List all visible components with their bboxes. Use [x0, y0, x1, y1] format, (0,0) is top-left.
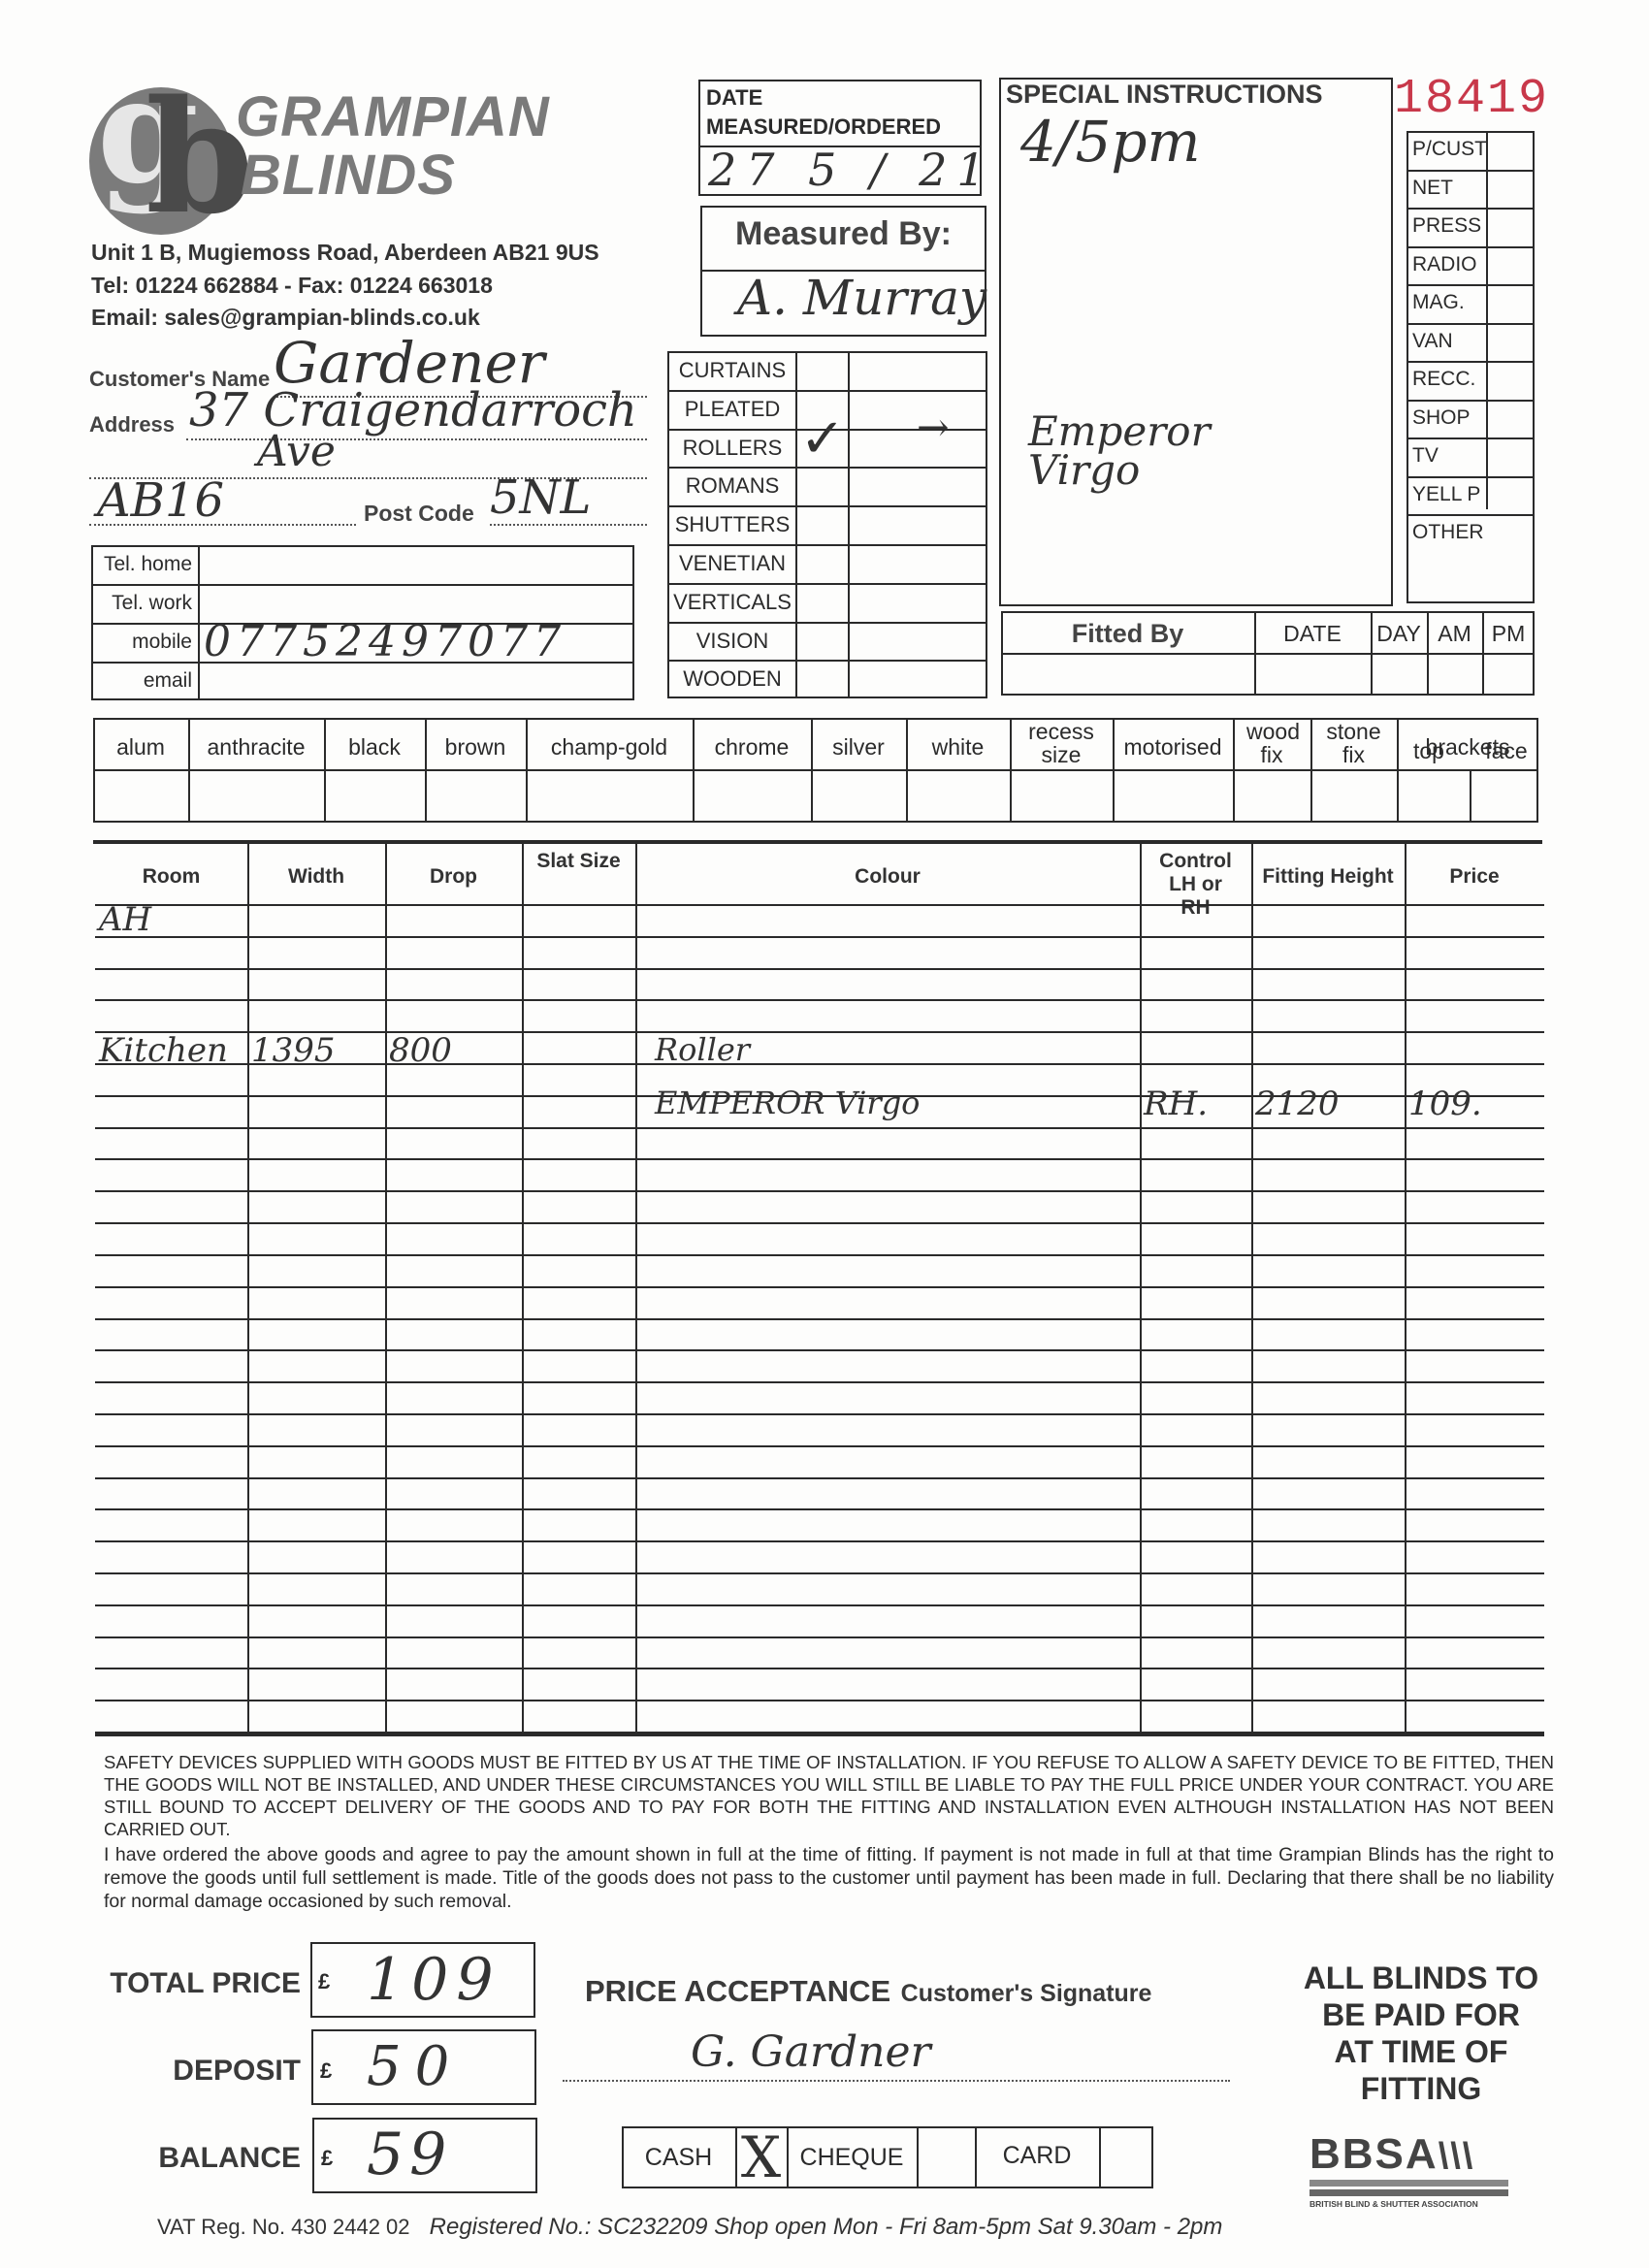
option-checkbox[interactable] — [908, 772, 1008, 821]
source-item-checkbox[interactable] — [1489, 172, 1533, 207]
row-divider — [95, 1286, 1544, 1288]
bracket-top-checkbox[interactable] — [1399, 772, 1469, 821]
date-label-1: DATE — [706, 85, 762, 111]
option-header: alum — [93, 735, 188, 759]
option-header: brown — [425, 735, 526, 759]
agreement-text: I have ordered the above goods and agree… — [104, 1843, 1554, 1913]
special-instructions-label: SPECIAL INSTRUCTIONS — [1006, 80, 1323, 110]
row-divider — [95, 1158, 1544, 1160]
contact-label: mobile — [91, 631, 192, 654]
price-acceptance: PRICE ACCEPTANCE Customer's Signature — [585, 1974, 1151, 2009]
postcode-value[interactable]: 5NL — [490, 470, 591, 525]
cash-checkbox[interactable]: X — [735, 2126, 787, 2188]
bracket-face-checkbox[interactable] — [1472, 772, 1536, 821]
table-row — [95, 906, 1544, 956]
source-item-label: SHOP — [1412, 406, 1471, 430]
fitted-am-label: AM — [1427, 621, 1482, 647]
contact-value-field[interactable]: 07752497077 — [204, 617, 566, 666]
total-price-label: TOTAL PRICE — [87, 1967, 301, 2000]
option-header: black — [324, 735, 425, 759]
notice-line-1: ALL BLINDS TO — [1266, 1960, 1576, 1996]
product-type-label: SHUTTERS — [669, 512, 795, 537]
source-item-label: YELL P — [1412, 483, 1480, 506]
source-item-label: OTHER — [1412, 521, 1484, 544]
notice-line-3: AT TIME OF — [1266, 2033, 1576, 2070]
brand-blinds: BLINDS — [241, 147, 456, 204]
source-item-checkbox[interactable] — [1489, 325, 1533, 360]
source-item-label: RADIO — [1412, 253, 1477, 276]
option-checkbox[interactable] — [1012, 772, 1111, 821]
product-divider — [667, 467, 987, 469]
customer-signature-label: Customer's Signature — [901, 1980, 1152, 2007]
cheque-label: CHEQUE — [787, 2144, 917, 2172]
total-currency: £ — [318, 1969, 330, 1994]
row-divider — [95, 1190, 1544, 1192]
row-divider — [95, 1540, 1544, 1542]
option-checkbox[interactable] — [95, 772, 186, 821]
product-type-label: VENETIAN — [669, 551, 795, 576]
vat-number: VAT Reg. No. 430 2442 02 — [157, 2215, 410, 2239]
source-item-label: MAG. — [1412, 291, 1465, 314]
source-item-checkbox[interactable] — [1489, 210, 1533, 244]
cell-drop[interactable]: 800 — [389, 1031, 518, 1070]
bbsa-stripe-1 — [1309, 2180, 1508, 2187]
bbsa-tagline: BRITISH BLIND & SHUTTER ASSOCIATION — [1309, 2199, 1533, 2209]
bracket-top-label: top — [1397, 739, 1461, 762]
option-checkbox[interactable] — [1115, 772, 1231, 821]
cell-room[interactable]: Kitchen — [99, 1031, 243, 1070]
balance-value: 59 — [367, 2121, 452, 2188]
option-header: wood fix — [1233, 720, 1310, 766]
cell-height[interactable]: 2120 — [1255, 1085, 1401, 1123]
measured-by-label: Measured By: — [700, 215, 986, 253]
product-type-label: WOODEN — [669, 666, 795, 692]
cell-control[interactable]: RH. — [1144, 1085, 1247, 1123]
product-type-label: PLEATED — [669, 397, 795, 422]
cell-width[interactable]: 1395 — [251, 1031, 381, 1070]
row-divider — [95, 1222, 1544, 1224]
row-divider — [95, 1700, 1544, 1701]
company-email: Email: sales@grampian-blinds.co.uk — [91, 305, 480, 331]
address-line-3[interactable]: AB16 — [97, 473, 224, 528]
registered-info: Registered No.: SC232209 Shop open Mon -… — [430, 2214, 1223, 2240]
column-header: Colour — [635, 865, 1140, 889]
contact-label: Tel. work — [91, 592, 192, 615]
product-divider — [667, 505, 987, 507]
order-number: 18419 — [1394, 72, 1549, 127]
product-type-label: ROMANS — [669, 473, 795, 499]
balance-currency: £ — [321, 2146, 333, 2171]
cell-price[interactable]: 109. — [1408, 1085, 1540, 1123]
product-type-label: VISION — [669, 629, 795, 654]
notice-line-4: FITTING — [1266, 2070, 1576, 2107]
option-header: anthracite — [188, 735, 324, 759]
fitted-by-label: Fitted By — [1001, 619, 1254, 649]
source-item-checkbox[interactable] — [1489, 286, 1533, 321]
source-item-label: RECC. — [1412, 368, 1475, 391]
fitted-pm-input[interactable] — [1484, 656, 1534, 694]
column-header: Width — [247, 865, 385, 889]
bracket-face-label: face — [1474, 739, 1538, 762]
fitted-am-input[interactable] — [1429, 656, 1481, 694]
row-divider — [95, 1445, 1544, 1447]
product-divider — [667, 622, 987, 624]
source-item-label: VAN — [1412, 330, 1453, 353]
customer-signature[interactable]: G. Gardner — [691, 2027, 931, 2077]
source-item-label: TV — [1412, 444, 1439, 468]
option-header: stone fix — [1310, 720, 1397, 766]
source-item-checkbox[interactable] — [1489, 363, 1533, 398]
source-item-checkbox[interactable] — [1489, 402, 1533, 437]
address-line-2[interactable]: Ave — [257, 427, 336, 476]
address-label: Address — [89, 412, 175, 437]
fitted-pm-label: PM — [1482, 621, 1535, 647]
column-header: Drop — [385, 865, 522, 889]
column-header: Fitting Height — [1251, 865, 1405, 889]
deposit-value: 50 — [367, 2035, 463, 2098]
option-header: champ-gold — [526, 735, 693, 759]
option-header: chrome — [693, 735, 811, 759]
contact-label: Tel. home — [91, 553, 192, 576]
column-header: Room — [95, 865, 247, 889]
cell-colour[interactable]: Roller — [655, 1031, 1151, 1068]
price-acceptance-title: PRICE ACCEPTANCE — [585, 1974, 890, 2008]
option-checkbox[interactable] — [190, 772, 322, 821]
cash-label: CASH — [622, 2144, 735, 2172]
product-type-label: CURTAINS — [669, 358, 795, 383]
date-label-2: MEASURED/ORDERED — [706, 114, 941, 140]
option-checkbox[interactable] — [326, 772, 423, 821]
card-checkbox[interactable] — [1099, 2126, 1153, 2188]
company-address: Unit 1 B, Mugiemoss Road, Aberdeen AB21 … — [91, 240, 599, 266]
row-divider — [95, 1381, 1544, 1383]
source-item-checkbox[interactable] — [1489, 478, 1533, 513]
total-price-value: 109 — [367, 1946, 501, 2014]
fitted-date-label: DATE — [1254, 621, 1371, 647]
row-divider — [95, 1668, 1544, 1669]
product-type-label: VERTICALS — [669, 590, 795, 615]
postcode-label: Post Code — [364, 501, 474, 527]
option-checkbox[interactable] — [695, 772, 809, 821]
source-item-label: PRESS — [1412, 214, 1481, 238]
source-divider — [1406, 514, 1535, 516]
option-checkbox[interactable] — [427, 772, 524, 821]
row-divider — [95, 1508, 1544, 1510]
option-checkbox[interactable] — [1312, 772, 1395, 821]
contact-label: email — [91, 669, 192, 693]
option-header: silver — [811, 735, 906, 759]
deposit-currency: £ — [320, 2058, 332, 2084]
bbsa-logo: BBSA\\\ BRITISH BLIND & SHUTTER ASSOCIAT… — [1309, 2134, 1533, 2209]
row-divider — [95, 1477, 1544, 1479]
measured-by-value[interactable]: A. Murray — [737, 270, 986, 326]
source-item-label: NET — [1412, 177, 1453, 200]
fitted-day-input[interactable] — [1373, 656, 1426, 694]
payment-notice: ALL BLINDS TO BE PAID FOR AT TIME OF FIT… — [1266, 1960, 1576, 2107]
row-divider — [95, 1413, 1544, 1415]
source-item-checkbox[interactable] — [1489, 248, 1533, 283]
product-divider — [667, 390, 987, 392]
row-divider — [95, 1349, 1544, 1351]
fitted-by-input[interactable] — [1003, 656, 1253, 694]
safety-notice: SAFETY DEVICES SUPPLIED WITH GOODS MUST … — [104, 1751, 1554, 1840]
row-divider — [95, 1318, 1544, 1320]
row-divider — [95, 1604, 1544, 1606]
option-checkbox[interactable] — [528, 772, 691, 821]
brand-grampian: GRAMPIAN — [236, 89, 550, 146]
product-checkbox[interactable]: ✓ — [797, 407, 848, 470]
table-row — [95, 970, 1544, 1021]
fitted-day-label: DAY — [1371, 621, 1427, 647]
cell-room[interactable]: AH — [99, 900, 243, 939]
option-header: white — [906, 735, 1010, 759]
company-tel-fax: Tel: 01224 662884 - Fax: 01224 663018 — [91, 273, 493, 299]
source-item-checkbox[interactable] — [1489, 133, 1533, 168]
deposit-label: DEPOSIT — [87, 2055, 301, 2088]
bbsa-stripe-2 — [1309, 2189, 1508, 2196]
row-divider — [95, 1572, 1544, 1574]
bbsa-wordmark: BBSA\\\ — [1309, 2134, 1533, 2177]
footer: VAT Reg. No. 430 2442 02 Registered No.:… — [157, 2214, 1222, 2241]
column-header: Slat Size — [522, 850, 635, 873]
row-divider — [95, 1732, 1544, 1736]
cheque-checkbox[interactable] — [917, 2126, 975, 2188]
row-divider — [95, 1636, 1544, 1638]
bracket-divider — [1470, 769, 1471, 823]
option-checkbox[interactable] — [813, 772, 904, 821]
special-instructions-note[interactable]: Emperor Virgo — [1028, 412, 1261, 490]
product-divider — [667, 583, 987, 585]
order-table-top-border — [93, 840, 1542, 844]
option-header: recess size — [1010, 720, 1113, 766]
source-item-checkbox[interactable] — [1489, 439, 1533, 474]
date-value[interactable]: 27 5 / 21 — [708, 144, 995, 196]
product-type-label: ROLLERS — [669, 436, 795, 461]
option-checkbox[interactable] — [1235, 772, 1309, 821]
option-header: motorised — [1113, 735, 1233, 759]
column-header: Price — [1405, 865, 1544, 889]
balance-label: BALANCE — [87, 2142, 301, 2175]
fitted-date-input[interactable] — [1256, 656, 1370, 694]
card-label: CARD — [975, 2142, 1099, 2170]
product-divider — [667, 660, 987, 662]
row-divider — [95, 1254, 1544, 1256]
special-instructions-value[interactable]: 4/5pm — [1020, 109, 1200, 175]
product-divider — [667, 544, 987, 546]
source-item-label: P/CUST — [1412, 138, 1487, 161]
notice-line-2: BE PAID FOR — [1266, 1996, 1576, 2033]
cell-colour[interactable]: EMPEROR Virgo — [655, 1085, 1151, 1121]
